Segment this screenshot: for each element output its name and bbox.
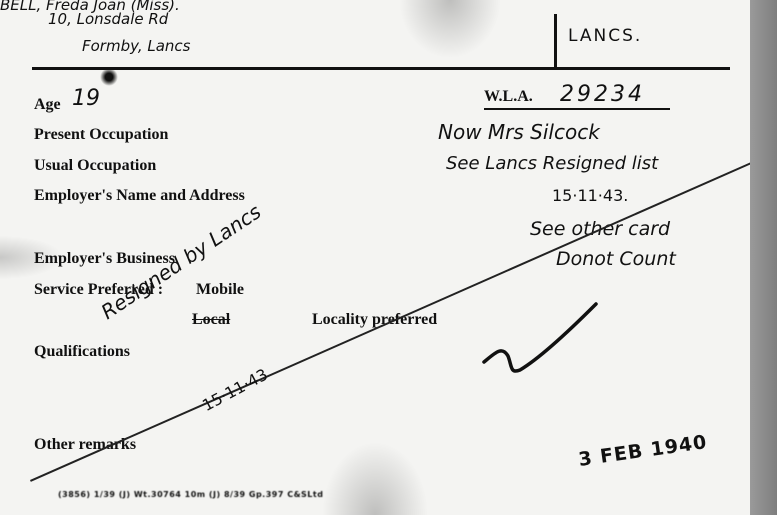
header-divider-vertical — [554, 14, 557, 69]
field-value-age: 19 — [72, 86, 100, 111]
field-label-employer-name-address: Employer's Name and Address — [34, 187, 245, 205]
annotation-date-right: 15·11·43. — [552, 186, 628, 205]
wla-label: W.L.A. — [484, 88, 533, 106]
annotation-see-lancs-resigned-list: See Lancs Resigned list — [446, 153, 658, 174]
address-line-2: Formby, Lancs — [82, 37, 190, 55]
printer-footer: (3856) 1/39 (J) Wt.30764 10m (J) 8/39 Gp… — [58, 490, 323, 499]
wla-record-card: BELL, Freda Joan (Miss). 10, Lonsdale Rd… — [0, 0, 750, 515]
scan-edge-background — [750, 0, 777, 515]
service-option-local-struck: Local — [192, 311, 230, 329]
annotation-do-not-count: Donot Count — [556, 248, 676, 270]
field-value-service-mobile: Mobile — [196, 281, 244, 299]
checkmark-icon — [480, 300, 600, 390]
date-stamp: 3 FEB 1940 — [577, 431, 709, 471]
annotation-now-mrs-silcock: Now Mrs Silcock — [438, 120, 600, 144]
field-label-locality-preferred: Locality preferred — [312, 311, 437, 329]
wla-underline — [484, 108, 670, 110]
county-entry: LANCS. — [568, 26, 642, 46]
wla-number: 29234 — [560, 82, 645, 107]
field-label-usual-occupation: Usual Occupation — [34, 157, 156, 175]
field-label-present-occupation: Present Occupation — [34, 126, 168, 144]
header-divider-horizontal — [32, 67, 730, 70]
address-line-1: 10, Lonsdale Rd — [48, 10, 168, 28]
field-label-age: Age — [34, 96, 61, 114]
field-label-qualifications: Qualifications — [34, 343, 130, 361]
annotation-date-diagonal: 15·11·43 — [199, 365, 271, 415]
ink-blot — [100, 68, 118, 86]
